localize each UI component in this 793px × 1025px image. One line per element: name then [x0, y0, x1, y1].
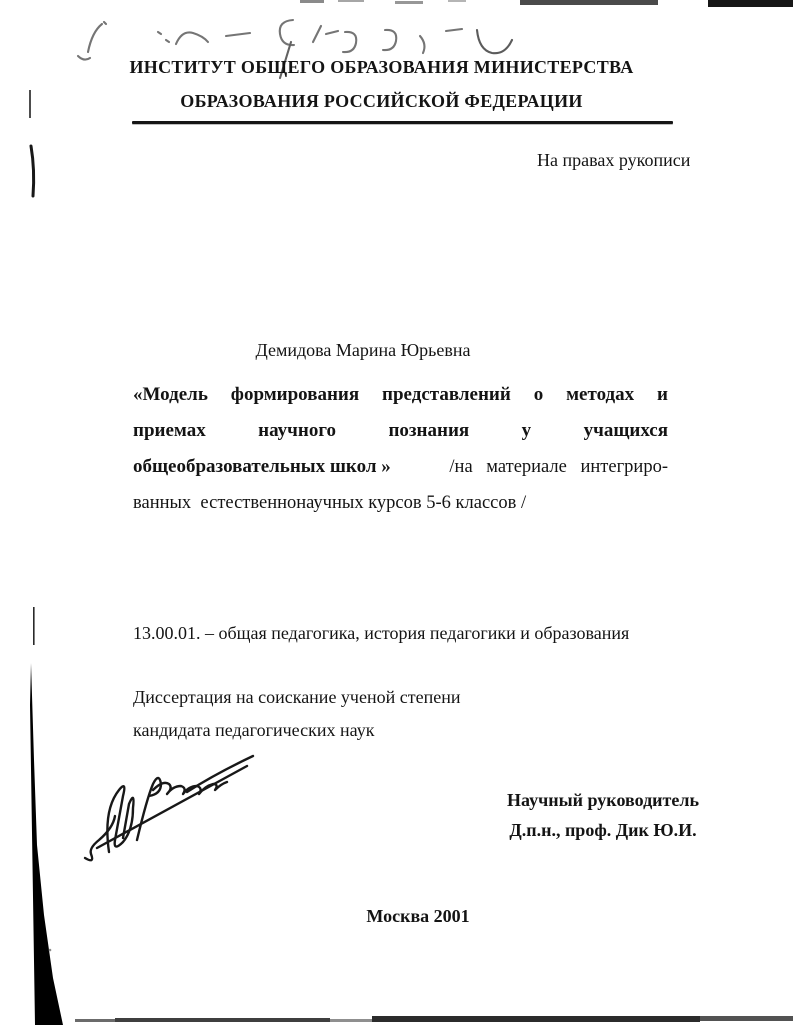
institution-line-1: ИНСТИТУТ ОБЩЕГО ОБРАЗОВАНИЯ МИНИСТЕРСТВА	[109, 50, 654, 84]
title-line-4: ванных естественнонаучных курсов 5-6 кла…	[133, 485, 668, 521]
title-line-2: приемах научного познания у учащихся	[133, 413, 668, 449]
title-line-3-bold: общеобразовательных школ »	[133, 449, 391, 485]
degree-statement-line-1: Диссертация на соискание ученой степени	[133, 685, 460, 709]
supervisor-block: Научный руководитель Д.п.н., проф. Дик Ю…	[483, 785, 723, 845]
header-rule	[132, 121, 673, 124]
dissertation-title: «Модель формирования представлений о мет…	[133, 377, 668, 521]
supervisor-name: Д.п.н., проф. Дик Ю.И.	[483, 815, 723, 845]
specialty-code: 13.00.01. – общая педагогика, история пе…	[133, 620, 629, 646]
signature	[75, 740, 275, 875]
scan-artifact-bottom-edge	[0, 1012, 793, 1025]
institution-header: ИНСТИТУТ ОБЩЕГО ОБРАЗОВАНИЯ МИНИСТЕРСТВА…	[109, 50, 654, 118]
dissertation-title-page: ИНСТИТУТ ОБЩЕГО ОБРАЗОВАНИЯ МИНИСТЕРСТВА…	[0, 0, 793, 1025]
supervisor-label: Научный руководитель	[483, 785, 723, 815]
title-line-3: общеобразовательных школ » /на материале…	[133, 449, 668, 485]
author-name: Демидова Марина Юрьевна	[133, 338, 593, 362]
scan-artifact-left-edge	[0, 0, 70, 1025]
title-line-1: «Модель формирования представлений о мет…	[133, 377, 668, 413]
manuscript-rights-note: На правах рукописи	[537, 149, 690, 171]
institution-line-2: ОБРАЗОВАНИЯ РОССИЙСКОЙ ФЕДЕРАЦИИ	[109, 84, 654, 118]
degree-statement-line-2: кандидата педагогических наук	[133, 718, 374, 742]
title-line-3-subtitle: /на материале интегриро-	[449, 449, 668, 485]
city-year: Москва 2001	[133, 904, 703, 928]
scan-artifact-top-edge	[0, 0, 793, 12]
